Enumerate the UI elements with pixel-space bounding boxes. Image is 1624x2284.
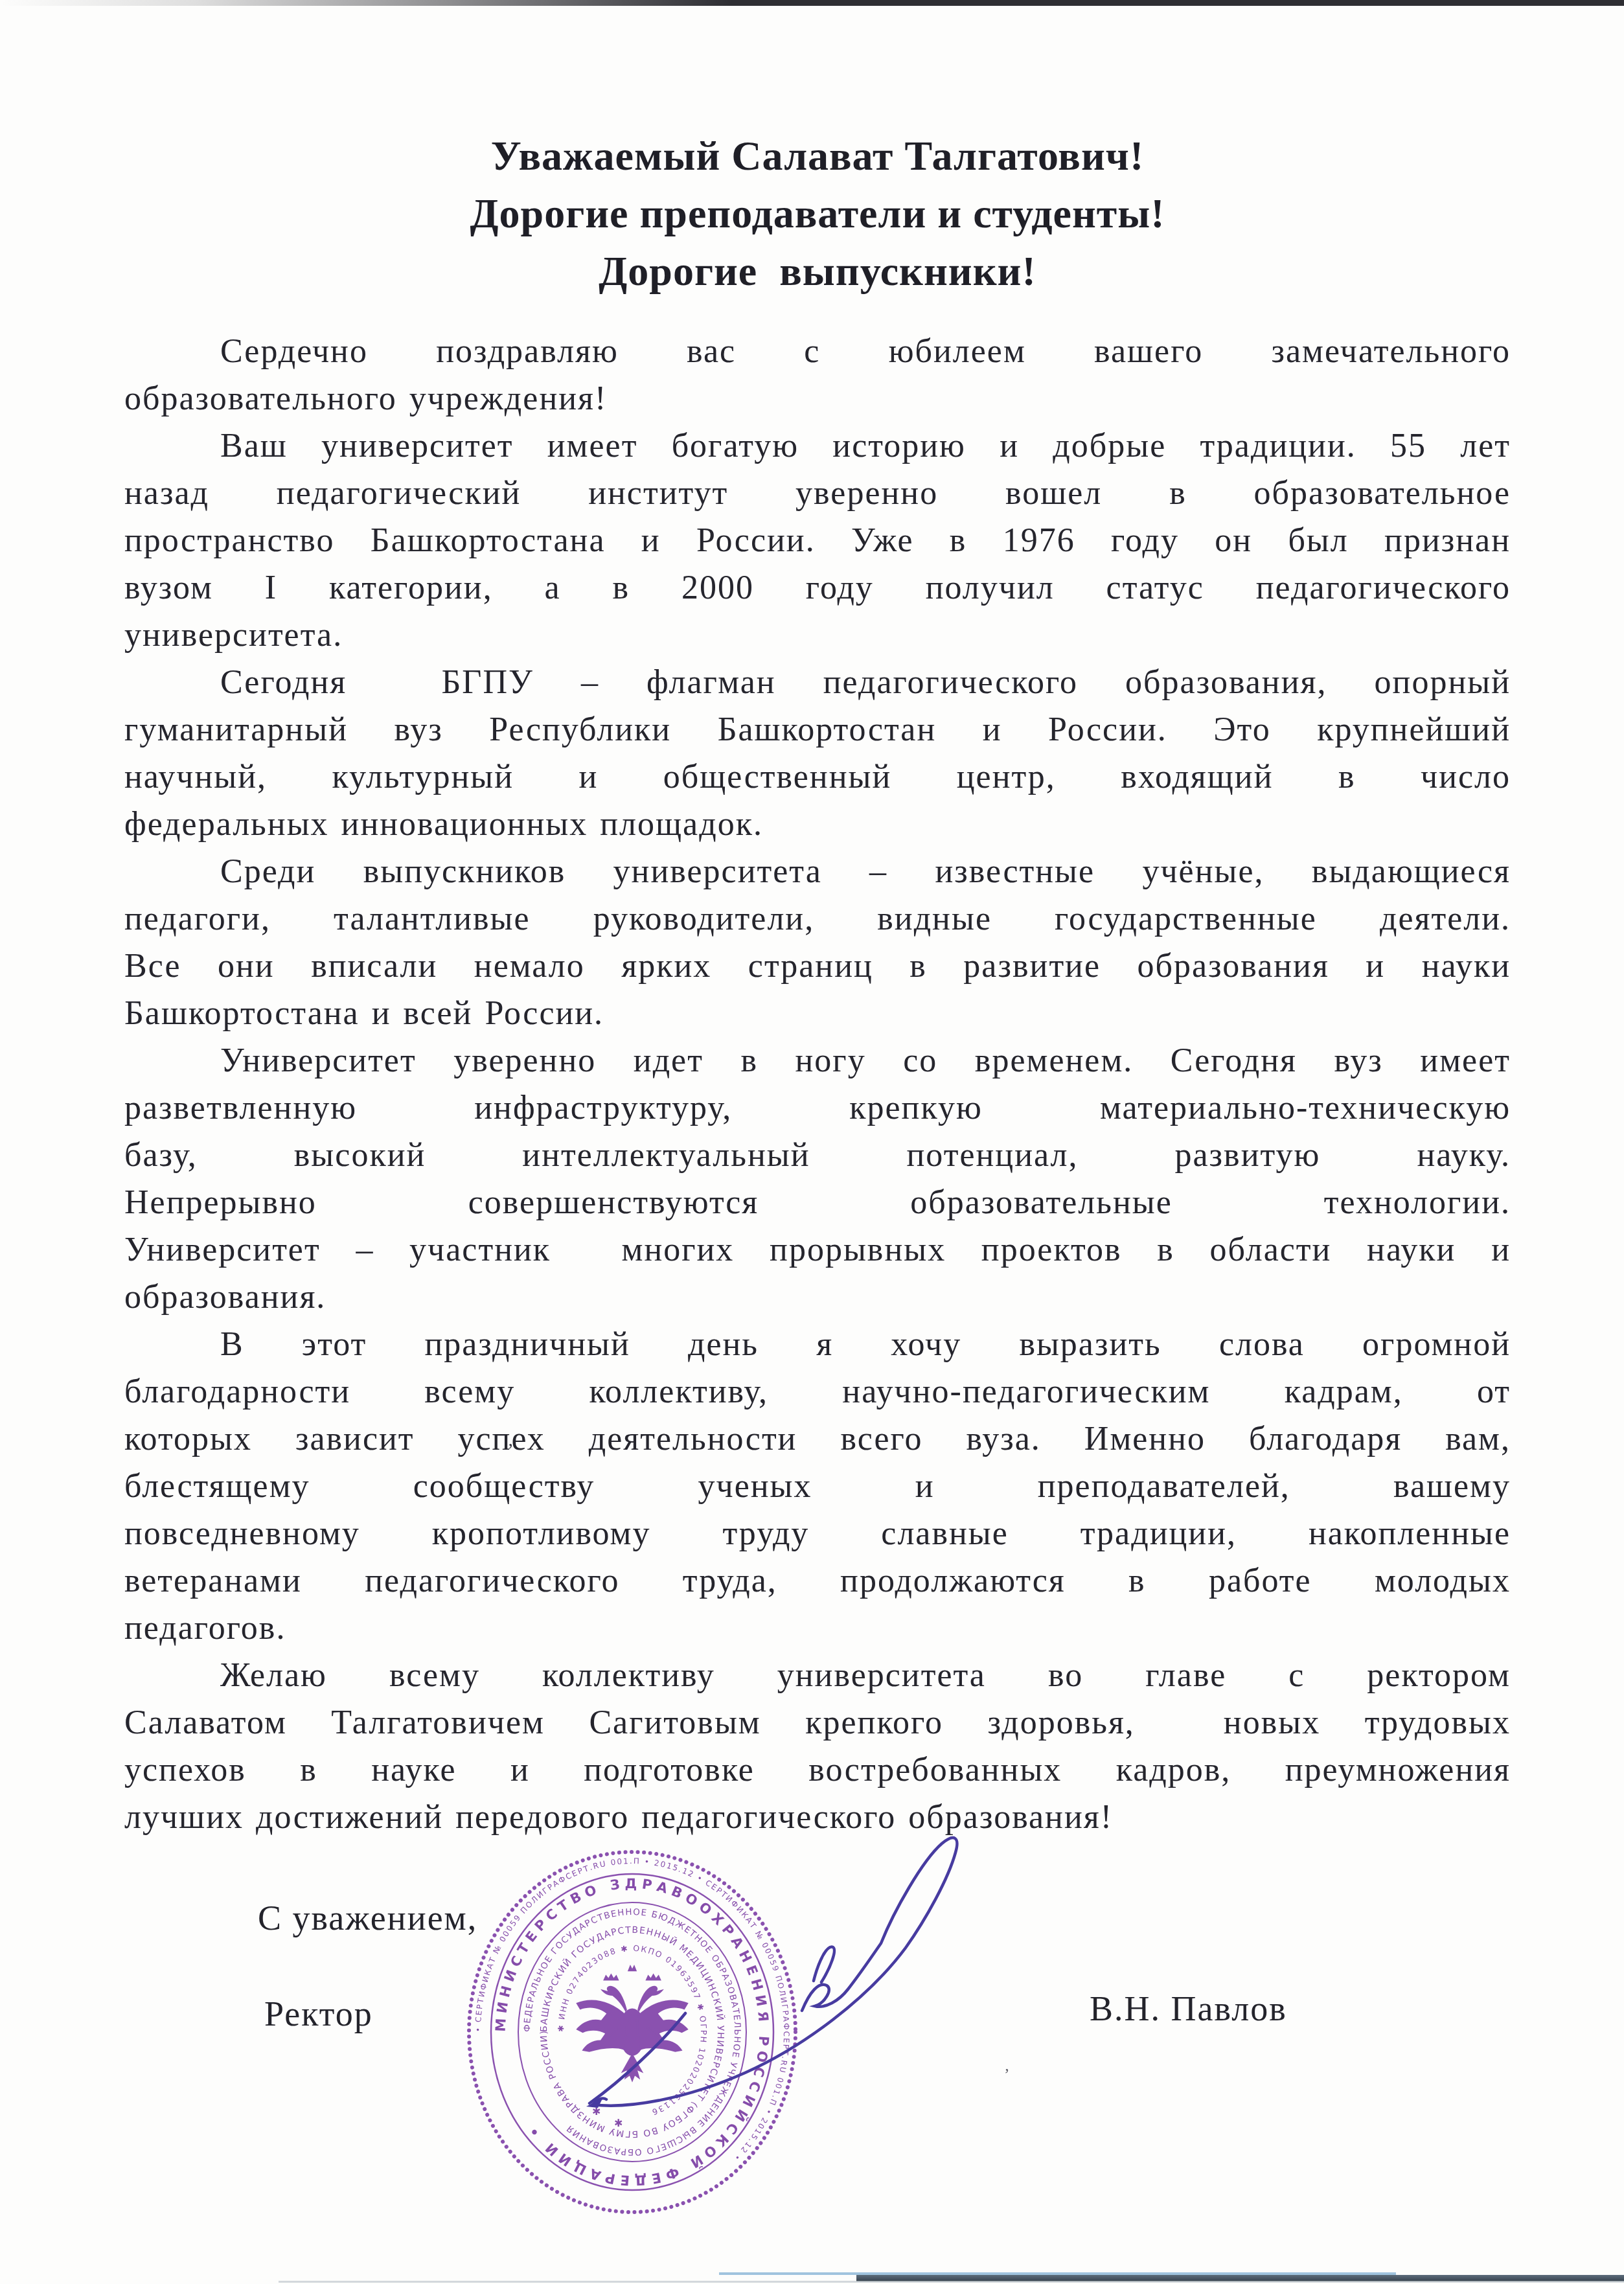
body-line: разветвленную инфраструктуру, крепкую ма… — [124, 1084, 1511, 1132]
scanner-edge-artifact-bottom-hairline — [279, 2281, 1624, 2283]
body-line: вузом I категории, а в 2000 году получил… — [124, 564, 1511, 611]
body-line: Сердечно поздравляю вас с юбилеем вашего… — [124, 328, 1511, 375]
body-line: повседневному кропотливому труду славные… — [124, 1510, 1511, 1557]
body-line: педагоги, талантливые руководители, видн… — [124, 895, 1511, 942]
closing-salutation: С уважением, — [258, 1898, 477, 1938]
letter-header: Уважаемый Салават Талгатович! Дорогие пр… — [124, 127, 1511, 300]
body-line: базу, высокий интеллектуальный потенциал… — [124, 1132, 1511, 1179]
signer-role: Ректор — [264, 1994, 373, 2034]
stamp-star: ✱ — [614, 2117, 623, 2129]
stamp-star: ✱ — [592, 2105, 600, 2118]
body-line: университета. — [124, 611, 1511, 659]
double-headed-eagle-icon — [576, 1965, 688, 2083]
body-line: В этот праздничный день я хочу выразить … — [124, 1321, 1511, 1368]
body-line: лучших достижений передового педагогичес… — [124, 1794, 1511, 1841]
body-line: пространство Башкортостана и России. Уже… — [124, 517, 1511, 564]
official-round-stamp: • СЕРТИФИКАТ № 00059 ПОЛИГРАФСЕРТ.RU 001… — [451, 1833, 814, 2231]
body-line: образовательного учреждения! — [124, 375, 1511, 422]
body-line: Университет – участник многих прорывных … — [124, 1226, 1511, 1273]
body-line: педагогов. — [124, 1605, 1511, 1652]
body-line: научный, культурный и общественный центр… — [124, 753, 1511, 801]
body-line: федеральных инновационных площадок. — [124, 801, 1511, 848]
body-line: Сегодня БГПУ – флагман педагогического о… — [124, 659, 1511, 706]
scanner-edge-artifact-top — [0, 0, 1624, 6]
body-line: успехов в науке и подготовке востребован… — [124, 1746, 1511, 1794]
body-line: Желаю всему коллективу университета во г… — [124, 1652, 1511, 1699]
letter-page: Уважаемый Салават Талгатович! Дорогие пр… — [0, 0, 1624, 2284]
ink-speck: ’ — [1004, 2065, 1010, 2084]
body-line: Среди выпускников университета – известн… — [124, 848, 1511, 895]
signature-slash-stroke — [814, 1947, 834, 1982]
body-line: Ваш университет имеет богатую историю и … — [124, 422, 1511, 470]
signer-name: В.Н. Павлов — [1090, 1989, 1287, 2029]
body-line: Университет уверенно идет в ногу со врем… — [124, 1037, 1511, 1084]
body-line: блестящему сообществу ученых и преподава… — [124, 1463, 1511, 1510]
header-line-addressee: Уважаемый Салават Талгатович! — [124, 127, 1511, 185]
ink-speck: ’ — [507, 1439, 514, 1461]
body-line: Все они вписали немало ярких страниц в р… — [124, 942, 1511, 990]
body-line: образования. — [124, 1273, 1511, 1321]
body-line: гуманитарный вуз Республики Башкортостан… — [124, 706, 1511, 753]
body-line: Башкортостана и всей России. — [124, 990, 1511, 1037]
header-line-teachers-students: Дорогие преподаватели и студенты! — [124, 185, 1511, 242]
body-lines: Сердечно поздравляю вас с юбилеем вашего… — [124, 328, 1511, 1841]
body-line: Салаватом Талгатовичем Сагитовым крепког… — [124, 1699, 1511, 1746]
body-line: благодарности всему коллективу, научно-п… — [124, 1368, 1511, 1415]
body-line: назад педагогический институт уверенно в… — [124, 470, 1511, 517]
body-line: Непрерывно совершенствуются образователь… — [124, 1179, 1511, 1226]
body-line: ветеранами педагогического труда, продол… — [124, 1557, 1511, 1605]
body-line: которых зависит успех деятельности всего… — [124, 1415, 1511, 1463]
header-line-graduates: Дорогие выпускники! — [124, 242, 1511, 300]
